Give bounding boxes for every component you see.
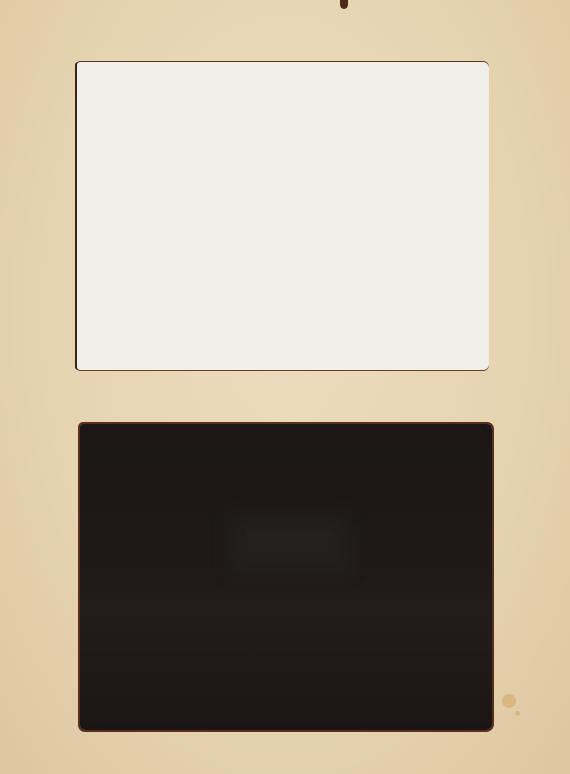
white-rectangle-panel xyxy=(77,62,489,370)
artwork-canvas xyxy=(0,0,570,774)
paint-stain xyxy=(340,0,348,9)
black-rectangle-panel xyxy=(80,424,492,730)
paper-stain xyxy=(515,711,520,716)
paper-stain xyxy=(502,694,516,708)
